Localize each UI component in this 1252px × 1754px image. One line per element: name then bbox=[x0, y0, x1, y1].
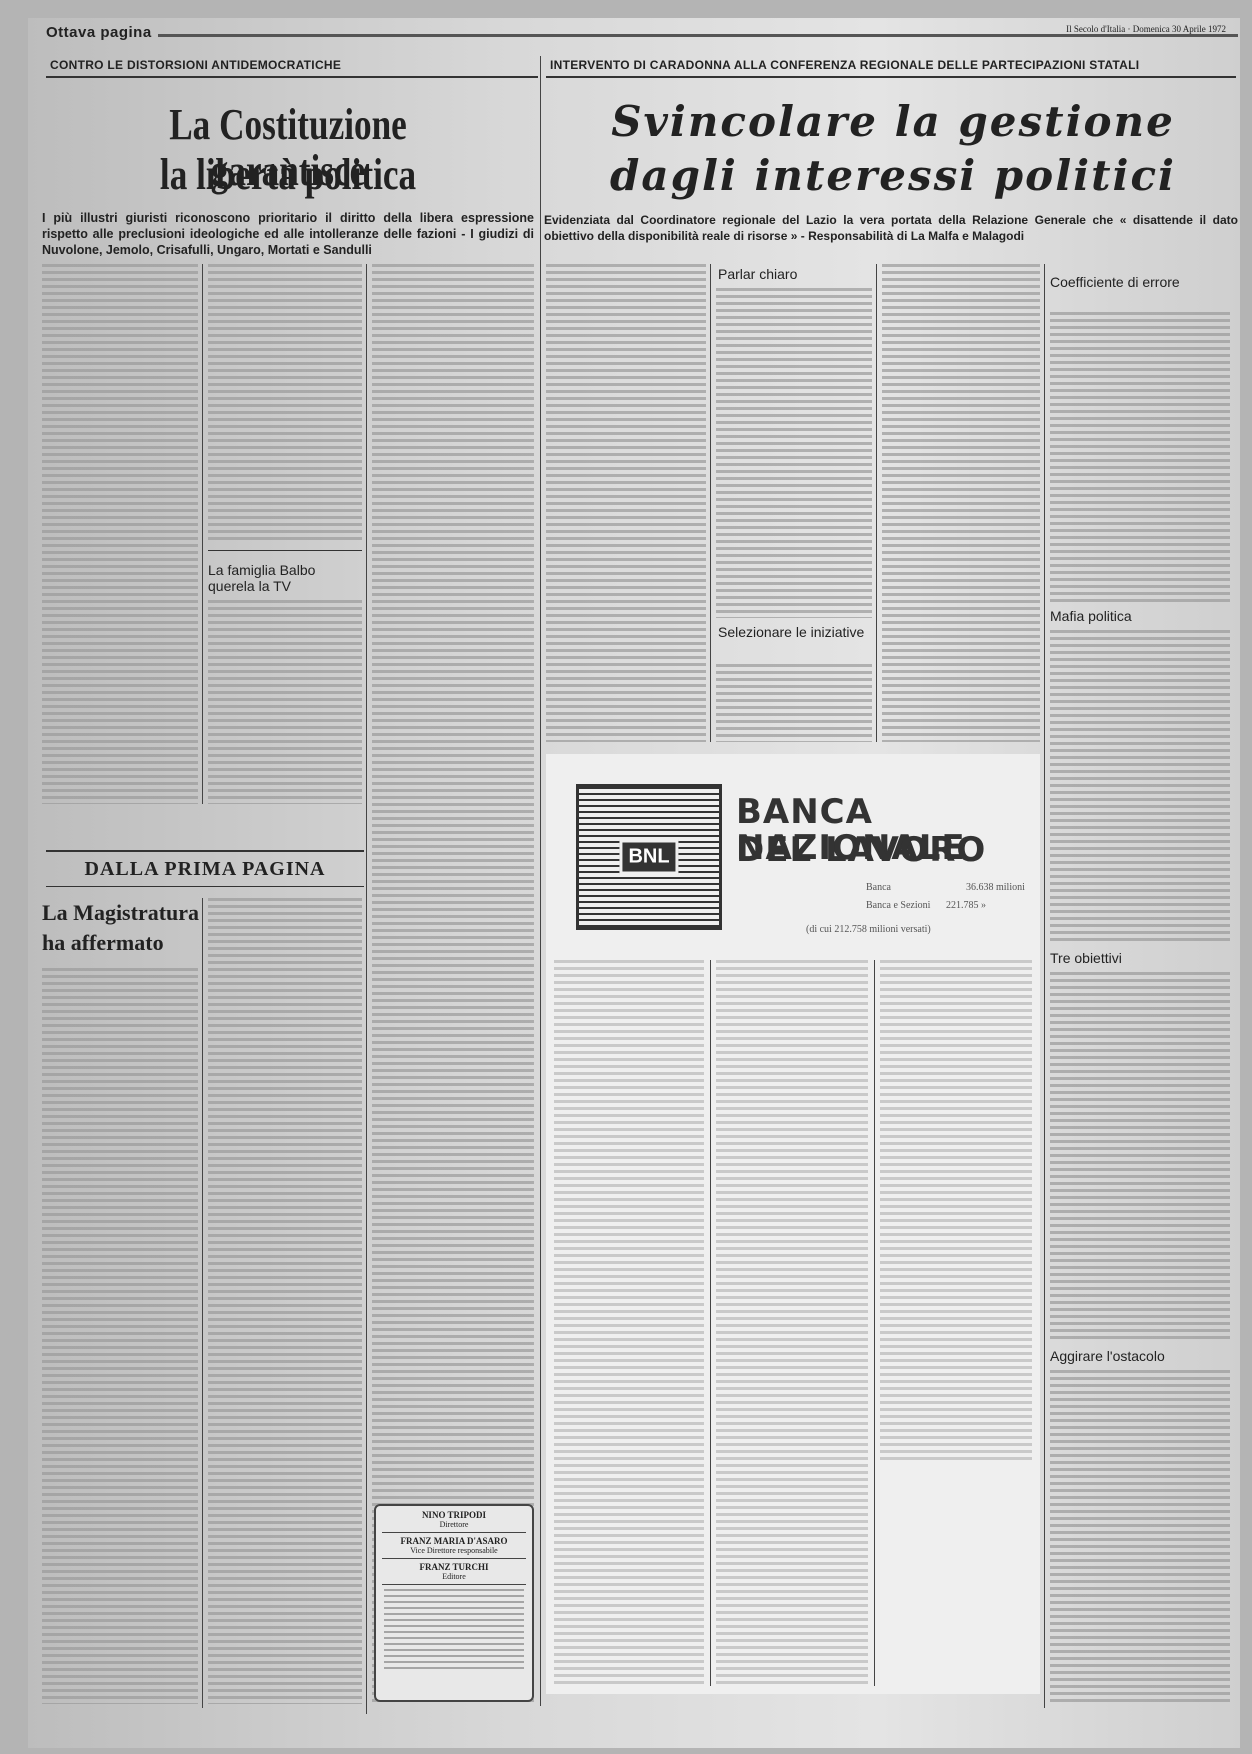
right-deck: Evidenziata dal Coordinatore regionale d… bbox=[544, 212, 1238, 244]
sidebar-subhead: La famiglia Balbo querela la TV bbox=[208, 562, 362, 594]
article-text-column bbox=[208, 264, 362, 544]
article-text-column bbox=[882, 264, 1040, 742]
ad-text-column bbox=[880, 960, 1032, 1460]
article-text-column bbox=[42, 264, 198, 804]
article-text-column bbox=[1050, 972, 1230, 1342]
article-text-column bbox=[208, 600, 362, 804]
column-rule bbox=[202, 264, 203, 804]
ad-text-column bbox=[554, 960, 704, 1686]
front-page-headline: La Magistratura ha affermato bbox=[42, 898, 202, 958]
section-rule bbox=[46, 850, 364, 852]
left-kicker: CONTRO LE DISTORSIONI ANTIDEMOCRATICHE bbox=[50, 58, 341, 72]
column-rule bbox=[710, 960, 711, 1686]
right-headline-2: dagli interessi politici bbox=[548, 152, 1238, 200]
article-text-column bbox=[1050, 312, 1230, 602]
editor-role: Editore bbox=[376, 1572, 532, 1581]
newspaper-page: Ottava pagina Il Secolo d'Italia · Domen… bbox=[28, 18, 1240, 1748]
column-rule bbox=[876, 264, 877, 742]
printing-info bbox=[384, 1589, 524, 1669]
subhead-selezionare: Selezionare le iniziative bbox=[718, 624, 868, 640]
column-rule bbox=[1044, 264, 1045, 1708]
capital-label-1: Banca bbox=[866, 882, 891, 893]
article-text-column bbox=[208, 898, 362, 1704]
article-text-column bbox=[716, 288, 872, 618]
capital-label-2: Banca e Sezioni bbox=[866, 900, 930, 911]
subhead-coefficiente: Coefficiente di errore bbox=[1050, 274, 1230, 290]
capital-value-1: 36.638 milioni bbox=[966, 882, 1025, 893]
co-director-role: Vice Direttore responsabile bbox=[376, 1546, 532, 1555]
sidebar-rule bbox=[208, 550, 362, 551]
article-text-column bbox=[42, 968, 198, 1704]
bnl-logo: BNL bbox=[576, 784, 722, 930]
capital-value-2: 221.785 » bbox=[946, 900, 986, 911]
folio-rule bbox=[158, 34, 1238, 37]
left-deck: I più illustri giuristi riconoscono prio… bbox=[42, 210, 534, 258]
capital-footnote: (di cui 212.758 milioni versati) bbox=[806, 924, 931, 935]
editor-name: FRANZ TURCHI bbox=[376, 1562, 532, 1572]
bank-name-2: DEL LAVORO bbox=[736, 832, 986, 868]
column-rule bbox=[366, 264, 367, 1714]
kicker-rule-right bbox=[546, 76, 1236, 78]
director-role: Direttore bbox=[376, 1520, 532, 1529]
column-divider bbox=[540, 56, 541, 1706]
article-text-column bbox=[372, 264, 534, 1704]
page-label: Ottava pagina bbox=[46, 24, 152, 41]
subhead-parlar-chiaro: Parlar chiaro bbox=[718, 266, 868, 282]
ad-text-column bbox=[716, 960, 868, 1686]
bnl-logo-text: BNL bbox=[619, 840, 678, 875]
date-line: Il Secolo d'Italia · Domenica 30 Aprile … bbox=[1066, 24, 1226, 34]
bnl-advertisement: BNL BANCA NAZIONALE DEL LAVORO Banca 36.… bbox=[546, 754, 1040, 1694]
left-headline-2: la libertà politica bbox=[88, 152, 488, 198]
column-rule bbox=[874, 960, 875, 1686]
kicker-rule-left bbox=[46, 76, 538, 78]
section-rule bbox=[46, 886, 364, 887]
article-text-column bbox=[1050, 1370, 1230, 1704]
subhead-mafia-politica: Mafia politica bbox=[1050, 608, 1230, 624]
column-rule bbox=[710, 264, 711, 742]
right-headline-1: Svincolare la gestione bbox=[548, 98, 1238, 146]
subhead-tre-obiettivi: Tre obiettivi bbox=[1050, 950, 1230, 966]
subhead-aggirare: Aggirare l'ostacolo bbox=[1050, 1348, 1230, 1364]
right-kicker: INTERVENTO DI CARADONNA ALLA CONFERENZA … bbox=[550, 58, 1139, 72]
director-name: NINO TRIPODI bbox=[376, 1510, 532, 1520]
article-text-column bbox=[716, 664, 872, 742]
masthead-credits-box: NINO TRIPODI Direttore FRANZ MARIA D'ASA… bbox=[374, 1504, 534, 1702]
article-text-column bbox=[546, 264, 706, 742]
article-text-column bbox=[1050, 630, 1230, 942]
co-director-name: FRANZ MARIA D'ASARO bbox=[376, 1536, 532, 1546]
section-label: DALLA PRIMA PAGINA bbox=[46, 858, 364, 881]
column-rule bbox=[202, 898, 203, 1708]
